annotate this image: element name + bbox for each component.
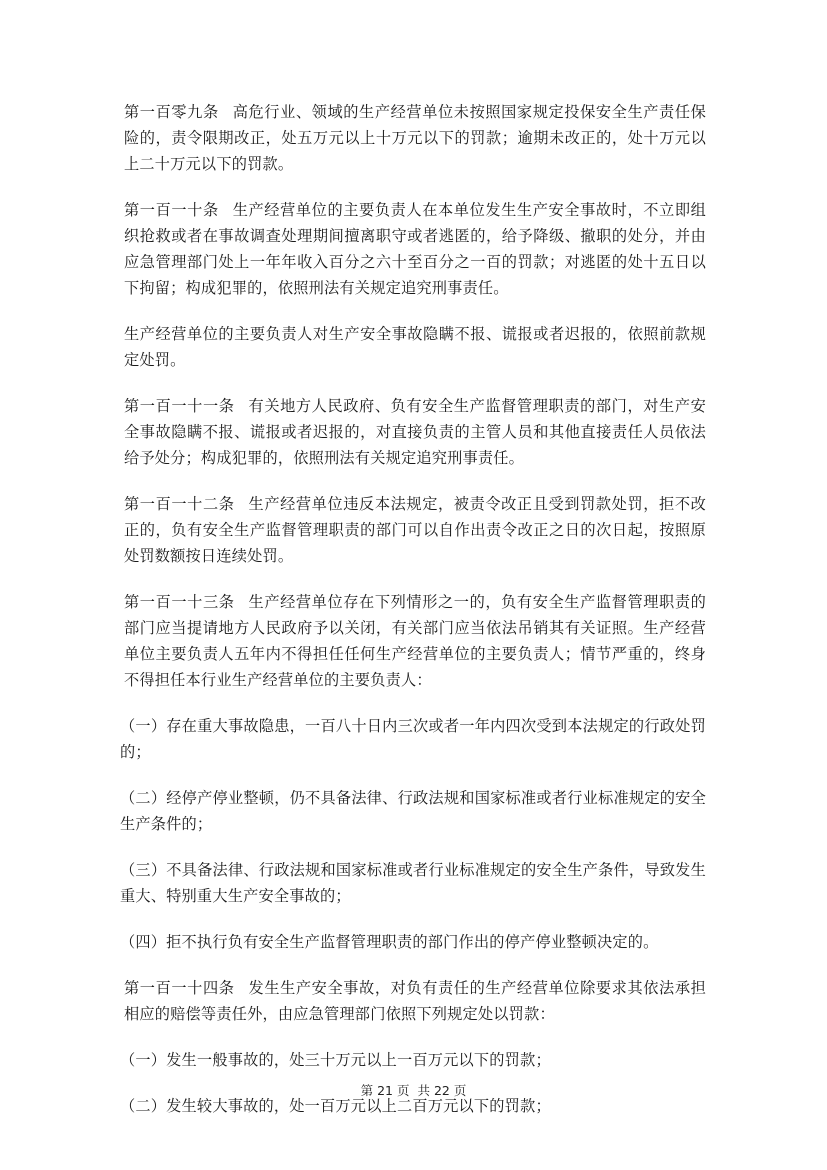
article-109: 第一百零九条高危行业、领域的生产经营单位未按照国家规定投保安全生产责任保险的，责…	[124, 99, 706, 177]
article-number: 第一百一十二条	[124, 495, 235, 513]
list-item-text: （三）不具备法律、行政法规和国家标准或者行业标准规定的安全生产条件，导致发生重大…	[120, 861, 706, 905]
article-number: 第一百一十三条	[124, 593, 235, 611]
current-page-number: 21	[377, 1083, 393, 1098]
footer-suffix: 页	[454, 1083, 467, 1098]
footer-prefix: 第	[361, 1083, 374, 1098]
document-page: 第一百零九条高危行业、领域的生产经营单位未按照国家规定投保安全生产责任保险的，责…	[124, 99, 706, 1139]
list-item-text: （四）拒不执行负有安全生产监督管理职责的部门作出的停产停业整顿决定的。	[120, 933, 659, 951]
article-number: 第一百一十四条	[124, 979, 235, 997]
article-number: 第一百零九条	[124, 103, 219, 121]
article-number: 第一百一十条	[124, 201, 219, 219]
article-113-item-1: （一）存在重大事故隐患，一百八十日内三次或者一年内四次受到本法规定的行政处罚的；	[120, 713, 706, 765]
list-item-text: （二）发生较大事故的，处一百万元以上二百万元以下的罚款；	[120, 1097, 551, 1115]
page-footer: 第21页 共22页	[0, 1081, 827, 1099]
list-item-text: （二）经停产停业整顿，仍不具备法律、行政法规和国家标准或者行业标准规定的安全生产…	[120, 789, 706, 833]
article-113-item-3: （三）不具备法律、行政法规和国家标准或者行业标准规定的安全生产条件，导致发生重大…	[120, 857, 706, 909]
total-pages-number: 22	[434, 1083, 450, 1098]
list-item-text: （一）存在重大事故隐患，一百八十日内三次或者一年内四次受到本法规定的行政处罚的；	[120, 717, 706, 761]
article-113: 第一百一十三条生产经营单位存在下列情形之一的，负有安全生产监督管理职责的部门应当…	[124, 589, 706, 693]
article-number: 第一百一十一条	[124, 397, 235, 415]
article-111: 第一百一十一条有关地方人民政府、负有安全生产监督管理职责的部门，对生产安全事故隐…	[124, 393, 706, 471]
article-113-item-4: （四）拒不执行负有安全生产监督管理职责的部门作出的停产停业整顿决定的。	[120, 929, 706, 955]
article-114-item-1: （一）发生一般事故的，处三十万元以上一百万元以下的罚款；	[120, 1047, 706, 1073]
list-item-text: （一）发生一般事故的，处三十万元以上一百万元以下的罚款；	[120, 1051, 551, 1069]
article-112: 第一百一十二条生产经营单位违反本法规定，被责令改正且受到罚款处罚，拒不改正的，负…	[124, 491, 706, 569]
article-114: 第一百一十四条发生生产安全事故，对负有责任的生产经营单位除要求其依法承担相应的赔…	[124, 975, 706, 1027]
article-113-item-2: （二）经停产停业整顿，仍不具备法律、行政法规和国家标准或者行业标准规定的安全生产…	[120, 785, 706, 837]
article-110: 第一百一十条生产经营单位的主要负责人在本单位发生生产安全事故时，不立即组织抢救或…	[124, 197, 706, 301]
article-110-para-2: 生产经营单位的主要负责人对生产安全事故隐瞒不报、谎报或者迟报的，依照前款规定处罚…	[124, 321, 706, 373]
footer-mid: 页 共	[397, 1083, 430, 1098]
paragraph-text: 生产经营单位的主要负责人对生产安全事故隐瞒不报、谎报或者迟报的，依照前款规定处罚…	[124, 325, 706, 369]
